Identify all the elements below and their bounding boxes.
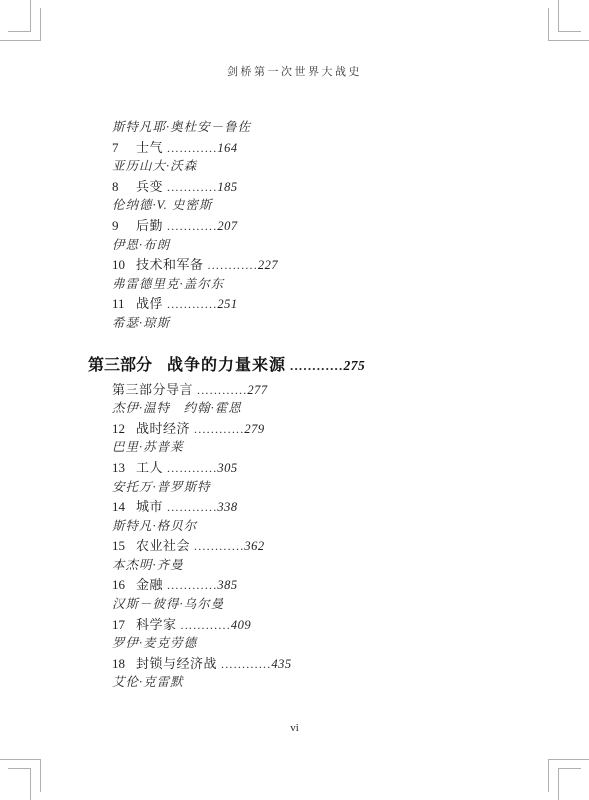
chapter-number: 16 bbox=[112, 575, 136, 595]
chapter-number: 7 bbox=[112, 138, 136, 158]
chapter-page-ref: 338 bbox=[217, 500, 237, 514]
intro-title: 第三部分导言 bbox=[112, 382, 193, 397]
toc-author-line: 斯特凡耶·奥杜安－鲁佐 bbox=[112, 118, 532, 138]
running-header-title: 剑桥第一次世界大战史 bbox=[0, 63, 589, 79]
chapter-page-ref: 409 bbox=[231, 618, 251, 632]
chapter-page-ref: 251 bbox=[217, 297, 237, 311]
chapter-page-ref: 362 bbox=[244, 539, 264, 553]
toc-chapter-row: 13工人............305 bbox=[112, 458, 532, 478]
chapter-number: 12 bbox=[112, 419, 136, 439]
toc-author-line: 杰伊·温特 约翰·霍恩 bbox=[112, 399, 532, 419]
dot-leader: ............ bbox=[290, 358, 343, 373]
chapter-number: 15 bbox=[112, 536, 136, 556]
dot-leader: ............ bbox=[167, 578, 217, 592]
toc-author-line: 伊恩·布朗 bbox=[112, 236, 532, 256]
dot-leader: ............ bbox=[197, 383, 247, 397]
chapter-page-ref: 164 bbox=[217, 141, 237, 155]
chapter-title: 战时经济 bbox=[136, 421, 190, 436]
toc-author-line: 伦纳德·V. 史密斯 bbox=[112, 196, 532, 216]
chapter-title: 封锁与经济战 bbox=[136, 656, 217, 671]
corner-mark-top-left-outer bbox=[0, 8, 41, 41]
toc-chapter-row: 9后勤............207 bbox=[112, 216, 532, 236]
toc-author-line: 弗雷德里克·盖尔东 bbox=[112, 275, 532, 295]
dot-leader: ............ bbox=[167, 219, 217, 233]
chapter-number: 17 bbox=[112, 615, 136, 635]
toc-author-line: 本杰明·齐曼 bbox=[112, 556, 532, 576]
toc-chapter-row: 8兵变............185 bbox=[112, 177, 532, 197]
toc-chapter-row: 15农业社会............362 bbox=[112, 536, 532, 556]
chapter-number: 10 bbox=[112, 255, 136, 275]
chapter-title: 工人 bbox=[136, 460, 163, 475]
toc-intro-row: 第三部分导言............277 bbox=[112, 380, 532, 400]
corner-mark-bottom-right-outer bbox=[548, 759, 589, 792]
toc-author-line: 汉斯－彼得·乌尔曼 bbox=[112, 595, 532, 615]
chapter-title: 金融 bbox=[136, 577, 163, 592]
toc-chapter-row: 16金融............385 bbox=[112, 575, 532, 595]
chapter-title: 兵变 bbox=[136, 179, 163, 194]
chapter-title: 后勤 bbox=[136, 218, 163, 233]
chapter-page-ref: 279 bbox=[244, 422, 264, 436]
chapter-number: 8 bbox=[112, 177, 136, 197]
chapter-title: 城市 bbox=[136, 499, 163, 514]
toc-chapter-row: 12战时经济............279 bbox=[112, 419, 532, 439]
chapter-page-ref: 305 bbox=[217, 461, 237, 475]
corner-mark-bottom-left-outer bbox=[0, 759, 41, 792]
toc-chapter-row: 18封锁与经济战............435 bbox=[112, 654, 532, 674]
chapter-page-ref: 185 bbox=[217, 180, 237, 194]
toc-author-line: 艾伦·克雷默 bbox=[112, 673, 532, 693]
chapter-page-ref: 227 bbox=[258, 258, 278, 272]
dot-leader: ............ bbox=[167, 461, 217, 475]
toc-author-line: 斯特凡·格贝尔 bbox=[112, 517, 532, 537]
chapter-title: 农业社会 bbox=[136, 538, 190, 553]
toc-chapter-row: 17科学家............409 bbox=[112, 615, 532, 635]
chapter-number: 11 bbox=[112, 294, 136, 314]
toc-author-line: 亚历山大·沃森 bbox=[112, 157, 532, 177]
chapter-title: 士气 bbox=[136, 140, 163, 155]
dot-leader: ............ bbox=[167, 180, 217, 194]
toc-author-line: 安托万·普罗斯特 bbox=[112, 478, 532, 498]
chapter-title: 科学家 bbox=[136, 617, 177, 632]
page-number: vi bbox=[0, 722, 589, 734]
chapter-number: 14 bbox=[112, 497, 136, 517]
dot-leader: ............ bbox=[194, 422, 244, 436]
toc-author-line: 巴里·苏普莱 bbox=[112, 438, 532, 458]
toc-author-line: 罗伊·麦克劳德 bbox=[112, 634, 532, 654]
intro-page-ref: 277 bbox=[247, 383, 267, 397]
chapter-title: 技术和军备 bbox=[136, 257, 204, 272]
chapter-number: 13 bbox=[112, 458, 136, 478]
toc-chapter-row: 10技术和军备............227 bbox=[112, 255, 532, 275]
corner-mark-top-right-outer bbox=[548, 8, 589, 41]
toc-chapter-row: 7士气............164 bbox=[112, 138, 532, 158]
toc-chapter-row: 11战俘............251 bbox=[112, 294, 532, 314]
dot-leader: ............ bbox=[167, 141, 217, 155]
chapter-number: 18 bbox=[112, 654, 136, 674]
toc-list: 斯特凡耶·奥杜安－鲁佐7士气............164亚历山大·沃森8兵变.… bbox=[112, 118, 532, 693]
chapter-page-ref: 385 bbox=[217, 578, 237, 592]
book-page: 剑桥第一次世界大战史 斯特凡耶·奥杜安－鲁佐7士气............164… bbox=[0, 0, 589, 800]
part-label: 第三部分 bbox=[88, 357, 152, 374]
toc-author-line: 希瑟·琼斯 bbox=[112, 314, 532, 334]
part-title: 战争的力量来源 bbox=[167, 357, 286, 374]
chapter-page-ref: 207 bbox=[217, 219, 237, 233]
dot-leader: ............ bbox=[167, 500, 217, 514]
dot-leader: ............ bbox=[221, 657, 271, 671]
dot-leader: ............ bbox=[194, 539, 244, 553]
dot-leader: ............ bbox=[181, 618, 231, 632]
chapter-number: 9 bbox=[112, 216, 136, 236]
dot-leader: ............ bbox=[167, 297, 217, 311]
chapter-title: 战俘 bbox=[136, 296, 163, 311]
chapter-page-ref: 435 bbox=[271, 657, 291, 671]
toc-part-header: 第三部分战争的力量来源............275 bbox=[88, 355, 532, 377]
dot-leader: ............ bbox=[208, 258, 258, 272]
toc-chapter-row: 14城市............338 bbox=[112, 497, 532, 517]
part-page-ref: 275 bbox=[343, 358, 365, 373]
